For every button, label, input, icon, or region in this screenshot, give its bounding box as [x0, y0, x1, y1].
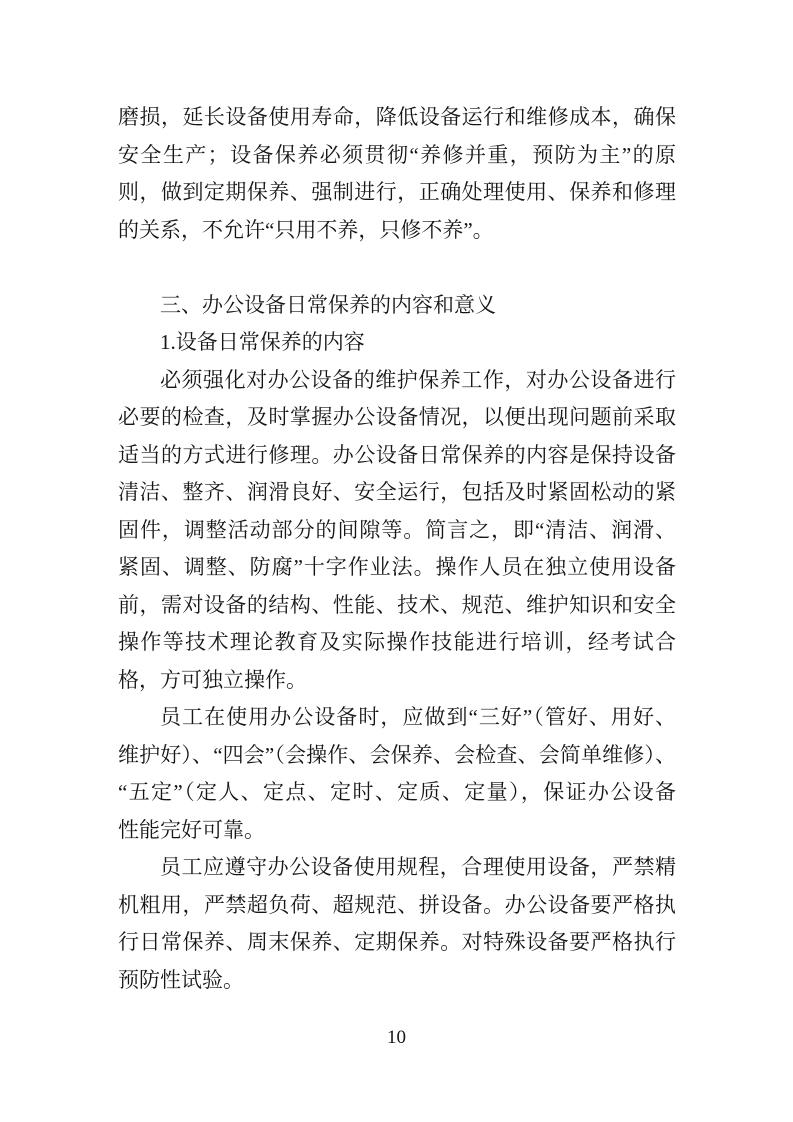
section-heading: 三、办公设备日常保养的内容和意义 — [118, 287, 676, 325]
text-line: 安全生产；设备保养必须贯彻“养修并重，预防为主”的原 — [118, 137, 676, 175]
text-line: 格，方可独立操作。 — [118, 662, 676, 700]
text-line: 固件，调整活动部分的间隙等。简言之，即“清洁、润滑、 — [118, 512, 676, 550]
text-line: 紧固、调整、防腐”十字作业法。操作人员在独立使用设备 — [118, 549, 676, 587]
paragraph: 员工应遵守办公设备使用规程，合理使用设备，严禁精 机粗用，严禁超负荷、超规范、拼… — [118, 849, 676, 999]
paragraph: 员工在使用办公设备时，应做到“三好”（管好、用好、 维护好）、“四会”（会操作、… — [118, 699, 676, 849]
text-line: 员工应遵守办公设备使用规程，合理使用设备，严禁精 — [118, 849, 676, 887]
text-line: 员工在使用办公设备时，应做到“三好”（管好、用好、 — [118, 699, 676, 737]
subsection-heading: 1.设备日常保养的内容 — [118, 324, 676, 362]
page-number: 10 — [0, 1024, 793, 1052]
text-line: 行日常保养、周末保养、定期保养。对特殊设备要严格执行 — [118, 924, 676, 962]
text-line: 的关系，不允许“只用不养，只修不养”。 — [118, 212, 676, 250]
document-body: 磨损，延长设备使用寿命，降低设备运行和维修成本，确保 安全生产；设备保养必须贯彻… — [118, 99, 676, 999]
text-line: 必须强化对办公设备的维护保养工作，对办公设备进行 — [118, 362, 676, 400]
blank-line — [118, 249, 676, 287]
text-line: 维护好）、“四会”（会操作、会保养、会检查、会简单维修）、 — [118, 737, 676, 775]
text-line: 清洁、整齐、润滑良好、安全运行，包括及时紧固松动的紧 — [118, 474, 676, 512]
text-line: 必要的检查，及时掌握办公设备情况，以便出现问题前采取 — [118, 399, 676, 437]
text-line: 预防性试验。 — [118, 962, 676, 1000]
text-line: 则，做到定期保养、强制进行，正确处理使用、保养和修理 — [118, 174, 676, 212]
text-line: 机粗用，严禁超负荷、超规范、拼设备。办公设备要严格执 — [118, 887, 676, 925]
paragraph: 磨损，延长设备使用寿命，降低设备运行和维修成本，确保 安全生产；设备保养必须贯彻… — [118, 99, 676, 249]
document-page: 磨损，延长设备使用寿命，降低设备运行和维修成本，确保 安全生产；设备保养必须贯彻… — [0, 0, 793, 1122]
text-line: 磨损，延长设备使用寿命，降低设备运行和维修成本，确保 — [118, 99, 676, 137]
text-line: 前，需对设备的结构、性能、技术、规范、维护知识和安全 — [118, 587, 676, 625]
text-line: 适当的方式进行修理。办公设备日常保养的内容是保持设备 — [118, 437, 676, 475]
text-line: “五定”（定人、定点、定时、定质、定量），保证办公设备 — [118, 774, 676, 812]
paragraph: 必须强化对办公设备的维护保养工作，对办公设备进行 必要的检查，及时掌握办公设备情… — [118, 362, 676, 700]
text-line: 性能完好可靠。 — [118, 812, 676, 850]
text-line: 操作等技术理论教育及实际操作技能进行培训，经考试合 — [118, 624, 676, 662]
